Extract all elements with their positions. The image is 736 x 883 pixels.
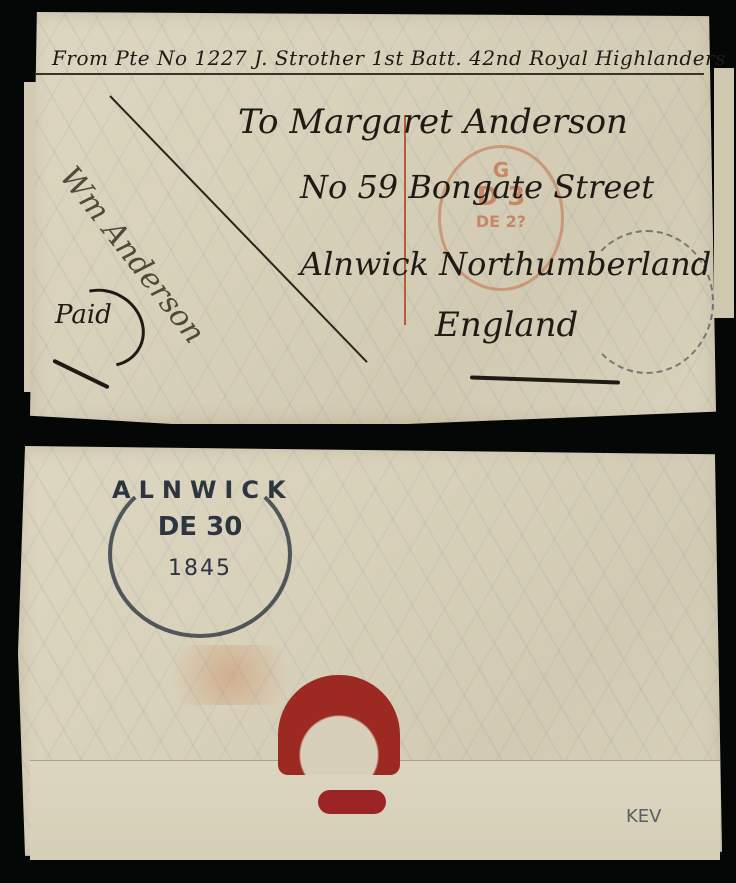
pencil-note: KEV <box>626 806 662 827</box>
address-line-2: No 59 Bongate Street <box>300 168 654 206</box>
header-underline <box>36 73 704 75</box>
address-line-4: England <box>435 305 578 345</box>
paid-marking: Paid <box>55 300 112 330</box>
front-fold-right <box>714 68 734 318</box>
address-line-1: To Margaret Anderson <box>238 102 628 142</box>
red-crayon-line <box>404 115 406 325</box>
alnwick-datestamp: ALNWICK DE 30 1845 <box>108 470 292 638</box>
stain <box>150 645 310 705</box>
sender-header: From Pte No 1227 J. Strother 1st Batt. 4… <box>52 46 726 70</box>
address-line-3: Alnwick Northumberland <box>300 245 711 283</box>
wax-seal-fragment <box>318 790 386 814</box>
